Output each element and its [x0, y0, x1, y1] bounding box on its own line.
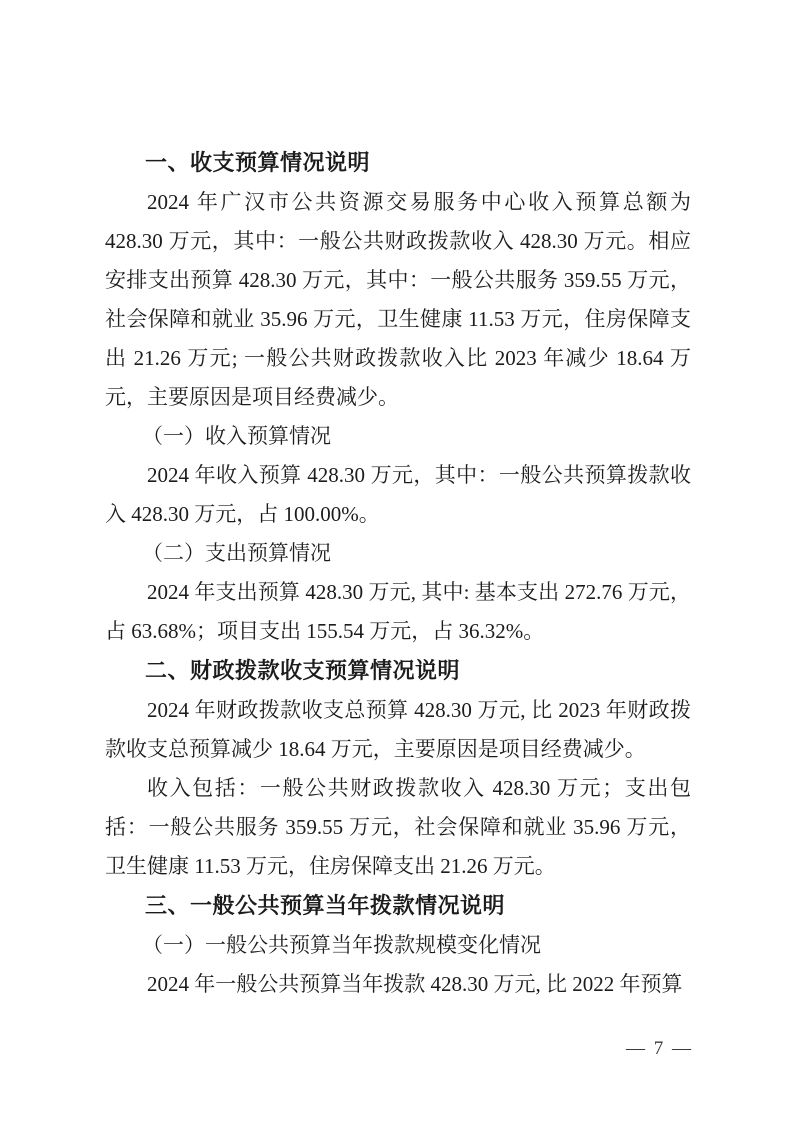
section-1-paragraph-overview: 2024 年广汉市公共资源交易服务中心收入预算总额为 428.30 万元，其中：… [105, 183, 691, 417]
section-1-2-heading: （二）支出预算情况 [105, 534, 691, 573]
document-page: 一、收支预算情况说明 2024 年广汉市公共资源交易服务中心收入预算总额为 42… [0, 0, 793, 1122]
section-3-1-heading: （一）一般公共预算当年拨款规模变化情况 [105, 926, 691, 965]
section-1-heading: 一、收支预算情况说明 [105, 143, 691, 183]
section-2-paragraph-income-expenditure-detail: 收入包括：一般公共财政拨款收入 428.30 万元；支出包括：一般公共服务 35… [105, 769, 691, 886]
page-number: — 7 — [626, 1038, 693, 1060]
section-2-paragraph-total-budget: 2024 年财政拨款收支总预算 428.30 万元, 比 2023 年财政拨款收… [105, 691, 691, 769]
section-2-heading: 二、财政拨款收支预算情况说明 [105, 651, 691, 691]
section-1-1-heading: （一）收入预算情况 [105, 417, 691, 456]
section-3-1-paragraph-allocation: 2024 年一般公共预算当年拨款 428.30 万元, 比 2022 年预算 [105, 965, 691, 1004]
document-content: 一、收支预算情况说明 2024 年广汉市公共资源交易服务中心收入预算总额为 42… [105, 143, 691, 1004]
section-1-2-paragraph-expenditure: 2024 年支出预算 428.30 万元, 其中: 基本支出 272.76 万元… [105, 573, 691, 651]
section-3-heading: 三、一般公共预算当年拨款情况说明 [105, 886, 691, 926]
section-1-1-paragraph-income: 2024 年收入预算 428.30 万元，其中：一般公共预算拨款收入 428.3… [105, 456, 691, 534]
